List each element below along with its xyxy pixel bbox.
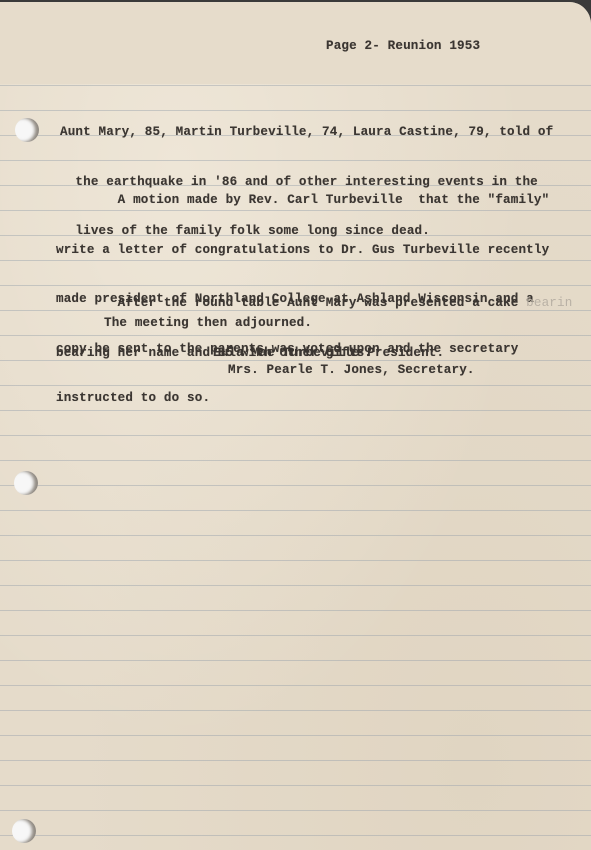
erased-text: bearin [526, 296, 572, 310]
text-line: write a letter of congratulations to Dr.… [56, 242, 549, 259]
page-header: Page 2- Reunion 1953 [326, 38, 480, 55]
text-line: A motion made by Rev. Carl Turbeville th… [56, 192, 549, 209]
top-margin [0, 2, 591, 84]
signature-secretary: Mrs. Pearle T. Jones, Secretary. [228, 362, 475, 379]
text-segment: After the round table Aunt Mary was pres… [56, 296, 526, 310]
punch-hole-top [15, 118, 39, 142]
text-line: Aunt Mary, 85, Martin Turbeville, 74, La… [60, 124, 553, 141]
closing-line: The meeting then adjourned. [104, 315, 312, 332]
punch-hole-middle [14, 471, 38, 495]
punch-hole-bottom [12, 819, 36, 843]
signature-president: Eula Mae Turbeville President. [213, 345, 444, 362]
lined-paper-page: Page 2- Reunion 1953 Aunt Mary, 85, Mart… [0, 2, 591, 850]
text-line: After the round table Aunt Mary was pres… [56, 295, 572, 312]
